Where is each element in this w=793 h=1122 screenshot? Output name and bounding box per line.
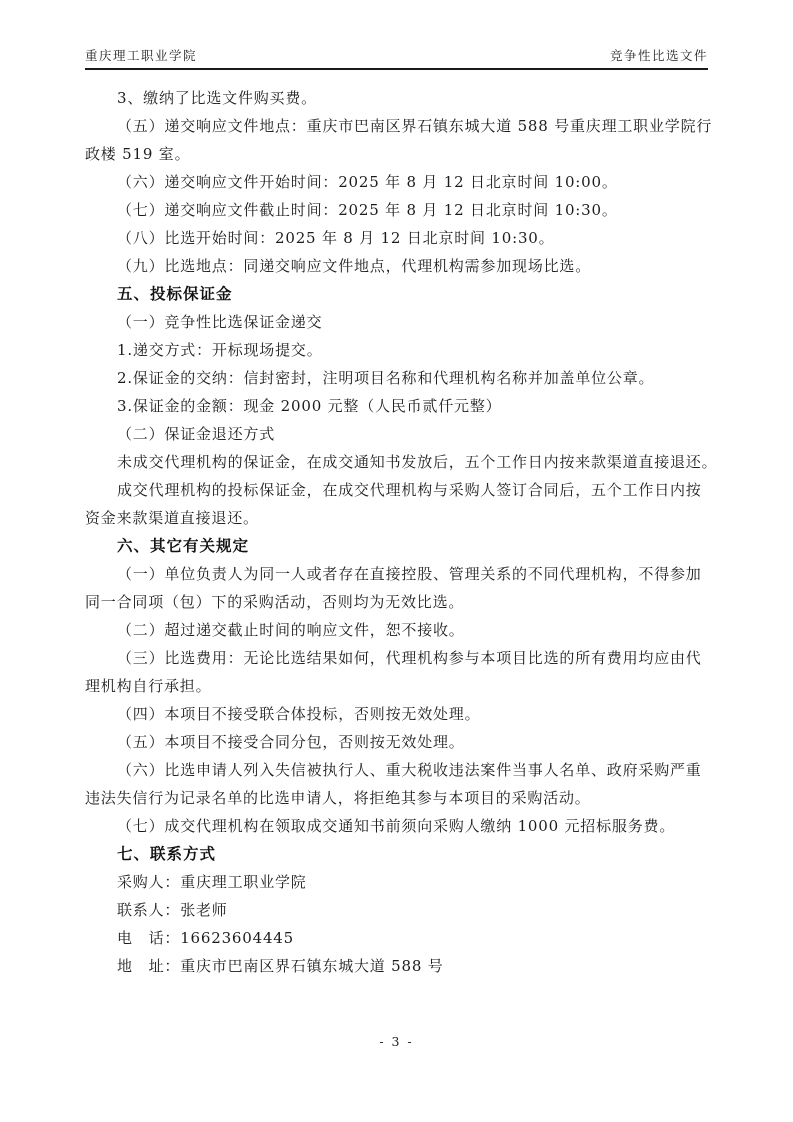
page-number: - 3 - [0, 1034, 793, 1049]
paragraph-line: （一）竞争性比选保证金递交 [85, 308, 717, 336]
paragraph-line: 资金来款渠道直接退还。 [85, 504, 717, 532]
paragraph-line: （九）比选地点：同递交响应文件地点，代理机构需参加现场比选。 [85, 252, 717, 280]
paragraph-line: （一）单位负责人为同一人或者存在直接控股、管理关系的不同代理机构，不得参加 [85, 560, 717, 588]
paragraph-line: 地 址：重庆市巴南区界石镇东城大道 588 号 [85, 952, 717, 980]
document-body: 3、缴纳了比选文件购买费。 （五）递交响应文件地点：重庆市巴南区界石镇东城大道 … [85, 84, 717, 980]
paragraph-line: 违法失信行为记录名单的比选申请人，将拒绝其参与本项目的采购活动。 [85, 784, 717, 812]
paragraph-line: 电 话：16623604445 [85, 924, 717, 952]
section-heading: 六、其它有关规定 [85, 532, 717, 560]
paragraph-line: （六）递交响应文件开始时间：2025 年 8 月 12 日北京时间 10:00。 [85, 168, 717, 196]
paragraph-line: （二）超过递交截止时间的响应文件，恕不接收。 [85, 616, 717, 644]
paragraph-line: （七）成交代理机构在领取成交通知书前须向采购人缴纳 1000 元招标服务费。 [85, 812, 717, 840]
paragraph-line: （四）本项目不接受联合体投标，否则按无效处理。 [85, 700, 717, 728]
paragraph-line: 成交代理机构的投标保证金，在成交代理机构与采购人签订合同后，五个工作日内按 [85, 476, 717, 504]
paragraph-line: 政楼 519 室。 [85, 140, 717, 168]
paragraph-line: 同一合同项（包）下的采购活动，否则均为无效比选。 [85, 588, 717, 616]
paragraph-line: （三）比选费用：无论比选结果如何，代理机构参与本项目比选的所有费用均应由代 [85, 644, 717, 672]
paragraph-line: （八）比选开始时间：2025 年 8 月 12 日北京时间 10:30。 [85, 224, 717, 252]
paragraph-line: 3、缴纳了比选文件购买费。 [85, 84, 717, 112]
paragraph-line: （二）保证金退还方式 [85, 420, 717, 448]
paragraph-line: 联系人：张老师 [85, 896, 717, 924]
paragraph-line: （五）本项目不接受合同分包，否则按无效处理。 [85, 728, 717, 756]
paragraph-line: 理机构自行承担。 [85, 672, 717, 700]
document-page: 重庆理工职业学院 竞争性比选文件 3、缴纳了比选文件购买费。 （五）递交响应文件… [0, 0, 793, 1122]
header-right-title: 竞争性比选文件 [610, 46, 708, 64]
paragraph-line: （七）递交响应文件截止时间：2025 年 8 月 12 日北京时间 10:30。 [85, 196, 717, 224]
paragraph-line: 未成交代理机构的保证金，在成交通知书发放后，五个工作日内按来款渠道直接退还。 [85, 448, 717, 476]
page-header: 重庆理工职业学院 竞争性比选文件 [85, 46, 708, 64]
paragraph-line: 采购人：重庆理工职业学院 [85, 868, 717, 896]
paragraph-line: 2.保证金的交纳：信封密封，注明项目名称和代理机构名称并加盖单位公章。 [85, 364, 717, 392]
section-heading: 七、联系方式 [85, 840, 717, 868]
paragraph-line: （五）递交响应文件地点：重庆市巴南区界石镇东城大道 588 号重庆理工职业学院行 [85, 112, 717, 140]
paragraph-line: （六）比选申请人列入失信被执行人、重大税收违法案件当事人名单、政府采购严重 [85, 756, 717, 784]
paragraph-line: 3.保证金的金额：现金 2000 元整（人民币贰仟元整） [85, 392, 717, 420]
header-left-title: 重庆理工职业学院 [85, 46, 197, 64]
header-divider-rule [85, 68, 708, 70]
paragraph-line: 1.递交方式：开标现场提交。 [85, 336, 717, 364]
section-heading: 五、投标保证金 [85, 280, 717, 308]
